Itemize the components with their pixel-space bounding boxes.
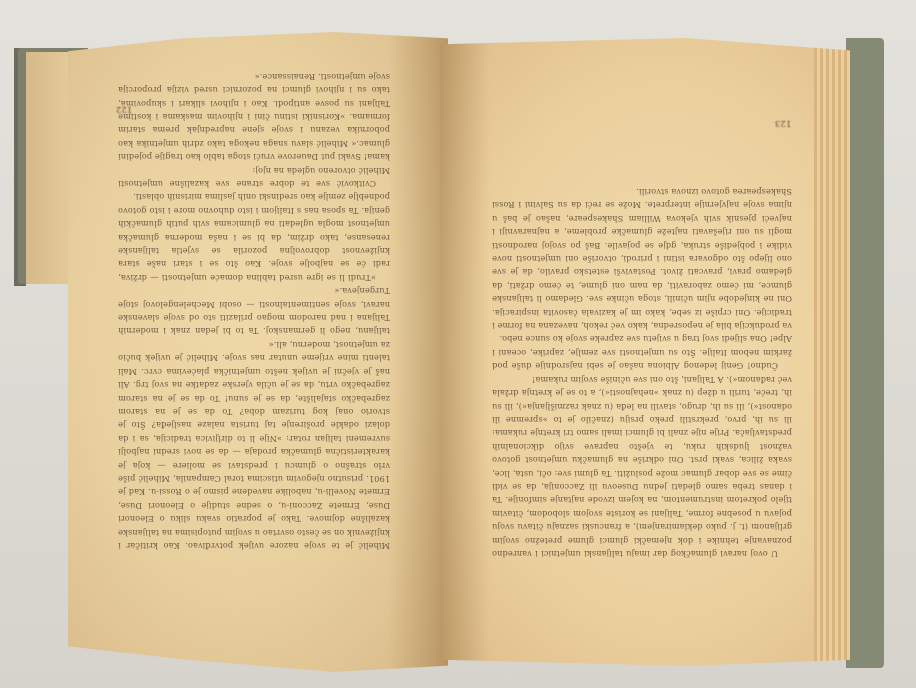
paragraph: U ovoj naravi glumačkog dar imaju talija… <box>492 372 792 560</box>
paragraph: va produkcija bila je neposredna, kako v… <box>492 185 792 332</box>
left-page-text: Mihelić je te svoje nazore uvijek potvrđ… <box>118 82 390 552</box>
left-page-gutter-shadow <box>388 32 448 672</box>
right-page-gutter-shadow <box>440 38 490 666</box>
paragraph: »Trudi li se igre usred tablina domaće u… <box>118 190 390 284</box>
right-page-stack-edge <box>814 38 850 666</box>
paragraph: Cvitković sve te dobre strane sve kazali… <box>118 163 390 190</box>
book-cover-right <box>846 38 884 668</box>
right-page-number: 123 <box>775 118 791 128</box>
paragraph: Čudno! Genij ledenog Albiona našao je se… <box>492 332 792 372</box>
paragraph: talijanu, nego li germanskoj. Ta to bi j… <box>118 284 390 338</box>
paragraph: kama! Svaki put Dauerove vrući stoga tab… <box>118 69 390 163</box>
right-page-text: U ovoj naravi glumačkog dar imaju talija… <box>492 140 792 560</box>
paragraph: Mihelić je te svoje nazore uvijek potvrđ… <box>118 338 390 553</box>
